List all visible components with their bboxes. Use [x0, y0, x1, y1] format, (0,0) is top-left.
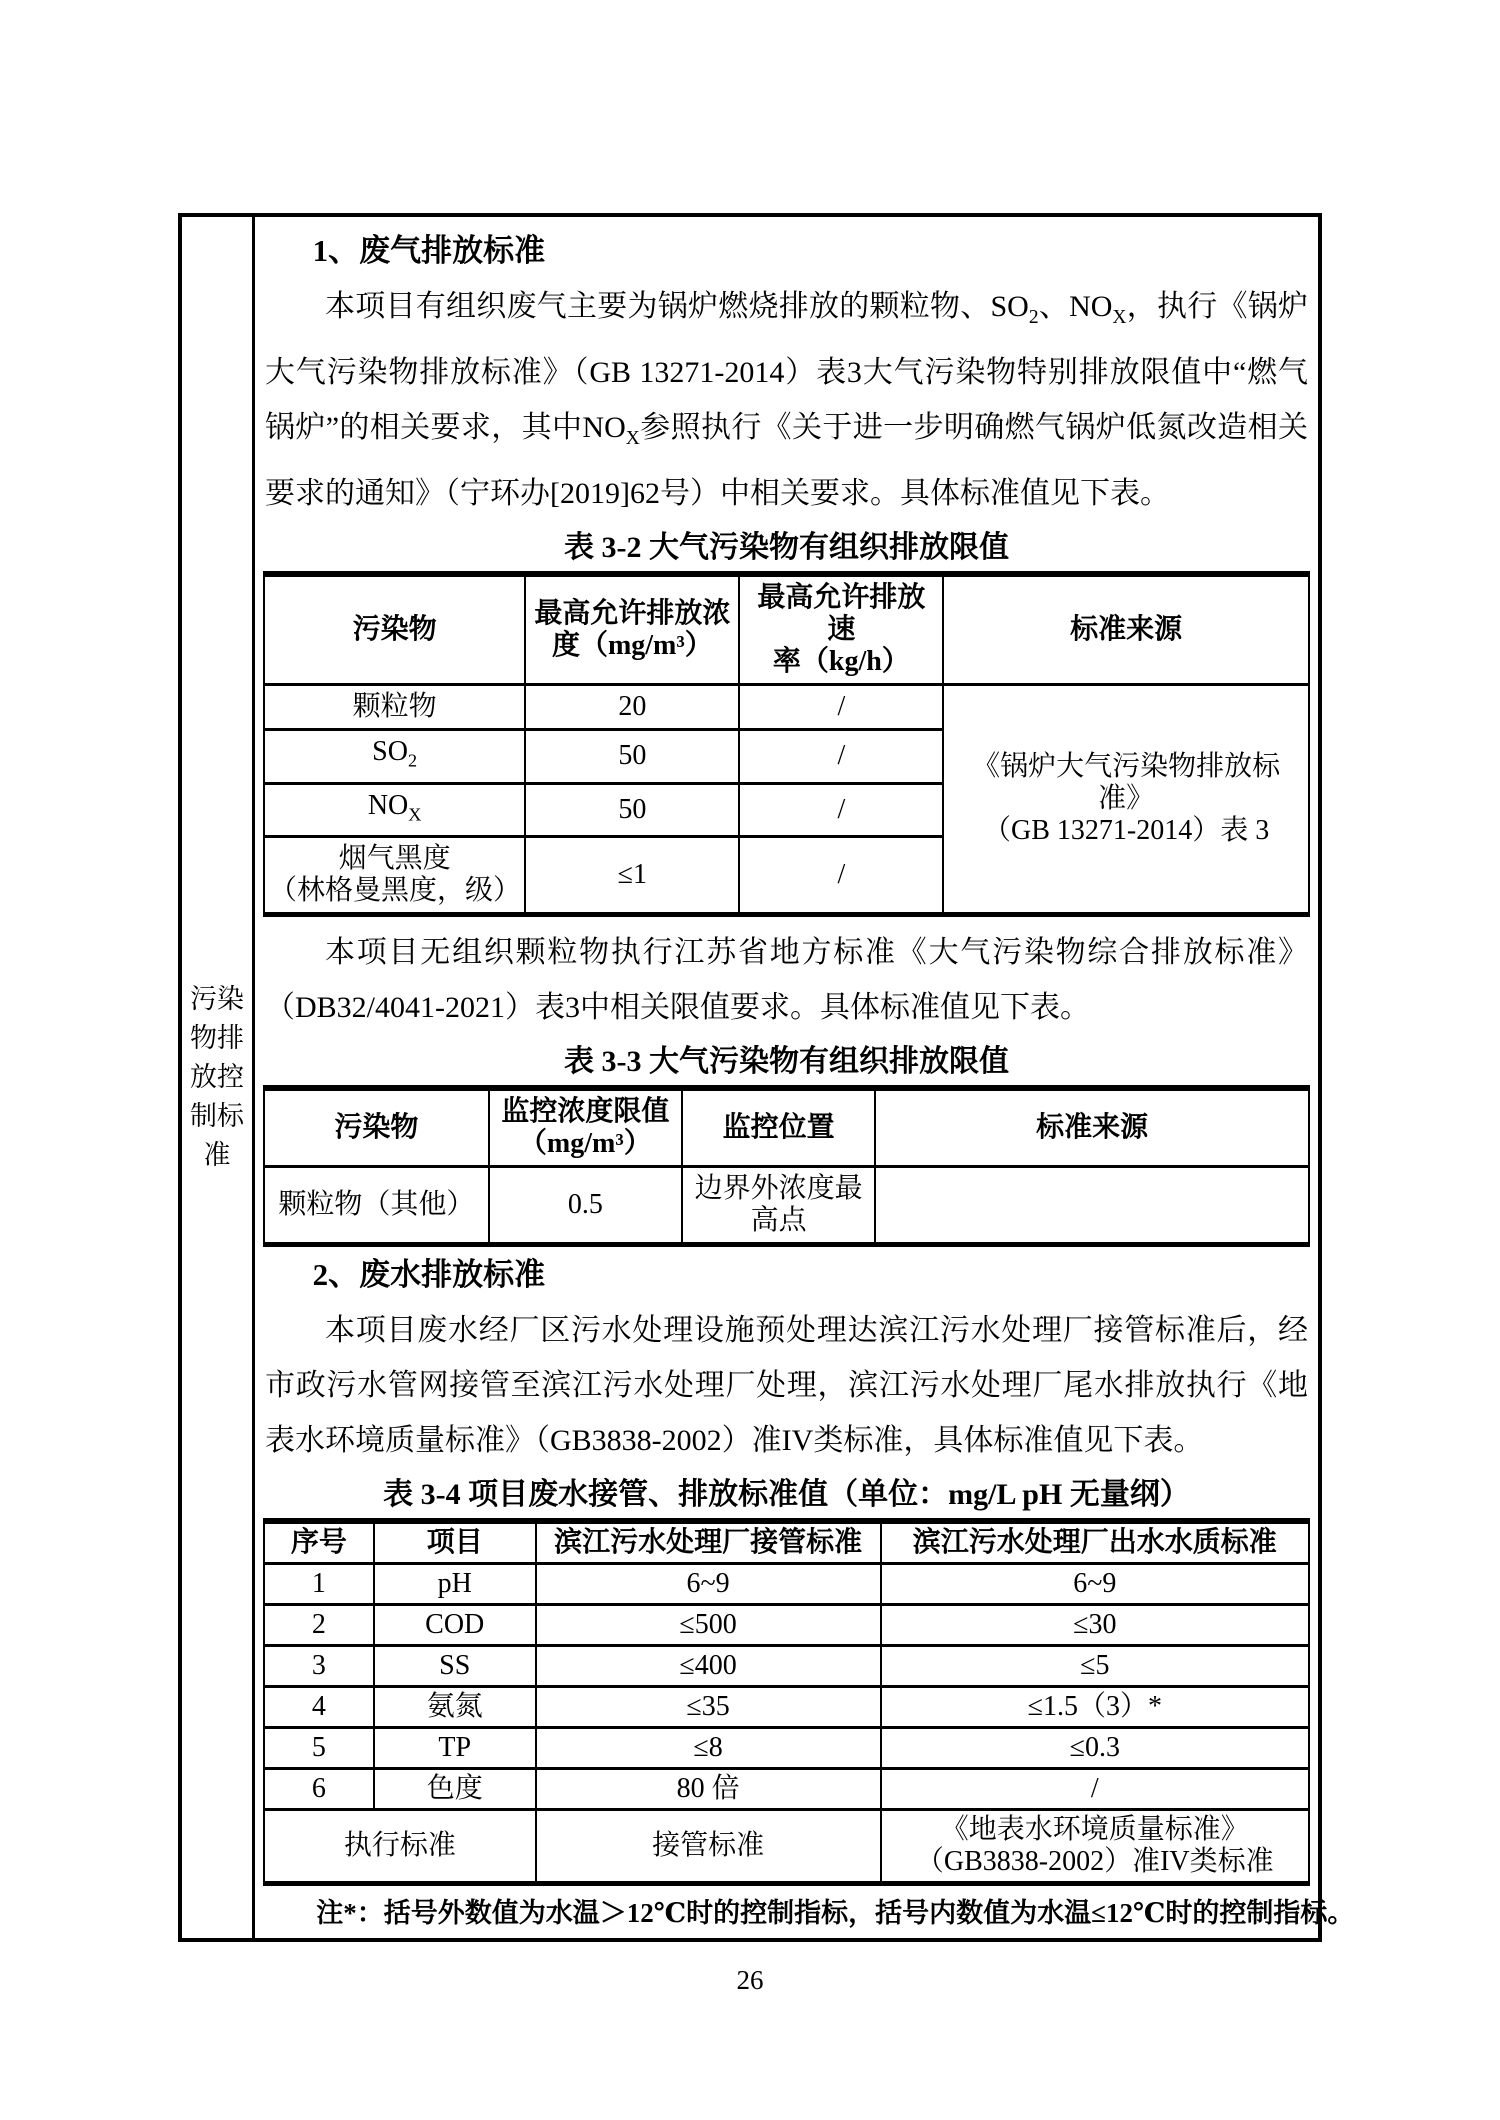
- table-cell: /: [739, 685, 943, 730]
- table-header-cell: 污染物: [264, 1088, 489, 1167]
- table-cell: [875, 1167, 1309, 1245]
- table-cell: 接管标准: [536, 1810, 881, 1884]
- table-cell: COD: [374, 1605, 536, 1646]
- table-footer-row: 执行标准 接管标准 《地表水环境质量标准》（GB3838-2002）准IV类标准: [264, 1810, 1309, 1884]
- table-header-cell: 监控位置: [682, 1088, 875, 1167]
- table-cell: 颗粒物（其他）: [264, 1167, 489, 1245]
- row-header-label: 污染物排放控制标准: [189, 980, 245, 1175]
- table-row: 6 色度 80 倍 /: [264, 1769, 1309, 1810]
- table-header-cell: 监控浓度限值（mg/m³）: [489, 1088, 682, 1167]
- table-3-2-title: 表 3-2 大气污染物有组织排放限值: [263, 529, 1310, 567]
- table-3-2: 污染物 最高允许排放浓度（mg/m³） 最高允许排放速率（kg/h） 标准来源 …: [263, 571, 1310, 917]
- waste-gas-paragraph: 本项目有组织废气主要为锅炉燃烧排放的颗粒物、SO2、NOX，执行《锅炉大气污染物…: [265, 279, 1308, 521]
- table-cell: 2: [264, 1605, 374, 1646]
- table-cell: 50: [525, 730, 739, 784]
- table-header-cell: 最高允许排放速率（kg/h）: [739, 574, 943, 685]
- table-3-3: 污染物 监控浓度限值（mg/m³） 监控位置 标准来源 颗粒物（其他） 0.5 …: [263, 1085, 1310, 1247]
- page-number: 26: [0, 1965, 1500, 1996]
- table-cell: /: [881, 1769, 1309, 1810]
- table-cell: ≤35: [536, 1687, 881, 1728]
- table-cell: SS: [374, 1646, 536, 1687]
- table-header-row: 序号 项目 滨江污水处理厂接管标准 滨江污水处理厂出水水质标准: [264, 1521, 1309, 1564]
- table-cell: TP: [374, 1728, 536, 1769]
- fugitive-dust-paragraph: 本项目无组织颗粒物执行江苏省地方标准《大气污染物综合排放标准》（DB32/404…: [265, 925, 1308, 1035]
- table-cell: ≤0.3: [881, 1728, 1309, 1769]
- row-header-cell: 污染物排放控制标准: [182, 217, 255, 1938]
- table-header-cell: 污染物: [264, 574, 525, 685]
- content-cell: 1、废气排放标准 本项目有组织废气主要为锅炉燃烧排放的颗粒物、SO2、NOX，执…: [255, 217, 1318, 1938]
- table-cell: ≤500: [536, 1605, 881, 1646]
- table-row: 1 pH 6~9 6~9: [264, 1564, 1309, 1605]
- table-cell: pH: [374, 1564, 536, 1605]
- table-cell: ≤30: [881, 1605, 1309, 1646]
- waste-water-heading: 2、废水排放标准: [263, 1255, 1310, 1295]
- table-3-3-title: 表 3-3 大气污染物有组织排放限值: [263, 1043, 1310, 1081]
- table-row: 4 氨氮 ≤35 ≤1.5（3）*: [264, 1687, 1309, 1728]
- table-3-4-footnote: 注*：括号外数值为水温＞12℃时的控制指标，括号内数值为水温≤12℃时的控制指标…: [265, 1894, 1308, 1932]
- table-cell: ≤400: [536, 1646, 881, 1687]
- table-header-cell: 标准来源: [943, 574, 1309, 685]
- table-header-cell: 滨江污水处理厂接管标准: [536, 1521, 881, 1564]
- table-cell: 烟气黑度（林格曼黑度，级）: [264, 837, 525, 915]
- table-cell: 《地表水环境质量标准》（GB3838-2002）准IV类标准: [881, 1810, 1309, 1884]
- table-cell: 0.5: [489, 1167, 682, 1245]
- table-cell: 执行标准: [264, 1810, 536, 1884]
- table-header-cell: 最高允许排放浓度（mg/m³）: [525, 574, 739, 685]
- table-cell: 边界外浓度最高点: [682, 1167, 875, 1245]
- table-cell: 6~9: [536, 1564, 881, 1605]
- table-cell: 5: [264, 1728, 374, 1769]
- table-cell: 颗粒物: [264, 685, 525, 730]
- table-cell: ≤8: [536, 1728, 881, 1769]
- table-row: 颗粒物（其他） 0.5 边界外浓度最高点: [264, 1167, 1309, 1245]
- document-page: 污染物排放控制标准 1、废气排放标准 本项目有组织废气主要为锅炉燃烧排放的颗粒物…: [0, 0, 1500, 2120]
- table-cell: ≤5: [881, 1646, 1309, 1687]
- table-cell: 6: [264, 1769, 374, 1810]
- table-row: 2 COD ≤500 ≤30: [264, 1605, 1309, 1646]
- table-row: 3 SS ≤400 ≤5: [264, 1646, 1309, 1687]
- waste-water-paragraph: 本项目废水经厂区污水处理设施预处理达滨江污水处理厂接管标准后，经市政污水管网接管…: [265, 1303, 1308, 1468]
- table-cell: 色度: [374, 1769, 536, 1810]
- table-cell: 20: [525, 685, 739, 730]
- table-cell: 80 倍: [536, 1769, 881, 1810]
- table-cell: ≤1.5（3）*: [881, 1687, 1309, 1728]
- table-header-cell: 项目: [374, 1521, 536, 1564]
- table-cell: 1: [264, 1564, 374, 1605]
- table-3-4-title: 表 3-4 项目废水接管、排放标准值（单位：mg/L pH 无量纲）: [263, 1476, 1310, 1514]
- table-cell: 3: [264, 1646, 374, 1687]
- table-header-cell: 标准来源: [875, 1088, 1309, 1167]
- table-header-cell: 滨江污水处理厂出水水质标准: [881, 1521, 1309, 1564]
- table-cell: /: [739, 837, 943, 915]
- table-source-cell: 《锅炉大气污染物排放标准》（GB 13271-2014）表 3: [943, 685, 1309, 915]
- table-row: 5 TP ≤8 ≤0.3: [264, 1728, 1309, 1769]
- table-cell: /: [739, 783, 943, 837]
- waste-gas-heading: 1、废气排放标准: [263, 231, 1310, 271]
- table-cell: 6~9: [881, 1564, 1309, 1605]
- table-row: 颗粒物 20 / 《锅炉大气污染物排放标准》（GB 13271-2014）表 3: [264, 685, 1309, 730]
- table-cell: SO2: [264, 730, 525, 784]
- table-3-4: 序号 项目 滨江污水处理厂接管标准 滨江污水处理厂出水水质标准 1 pH 6~9…: [263, 1518, 1310, 1886]
- table-cell: ≤1: [525, 837, 739, 915]
- table-header-row: 污染物 监控浓度限值（mg/m³） 监控位置 标准来源: [264, 1088, 1309, 1167]
- table-cell: NOX: [264, 783, 525, 837]
- table-header-cell: 序号: [264, 1521, 374, 1564]
- table-cell: 50: [525, 783, 739, 837]
- table-cell: 4: [264, 1687, 374, 1728]
- table-cell: 氨氮: [374, 1687, 536, 1728]
- table-cell: /: [739, 730, 943, 784]
- pollutant-discharge-standards-box: 污染物排放控制标准 1、废气排放标准 本项目有组织废气主要为锅炉燃烧排放的颗粒物…: [178, 213, 1322, 1942]
- table-header-row: 污染物 最高允许排放浓度（mg/m³） 最高允许排放速率（kg/h） 标准来源: [264, 574, 1309, 685]
